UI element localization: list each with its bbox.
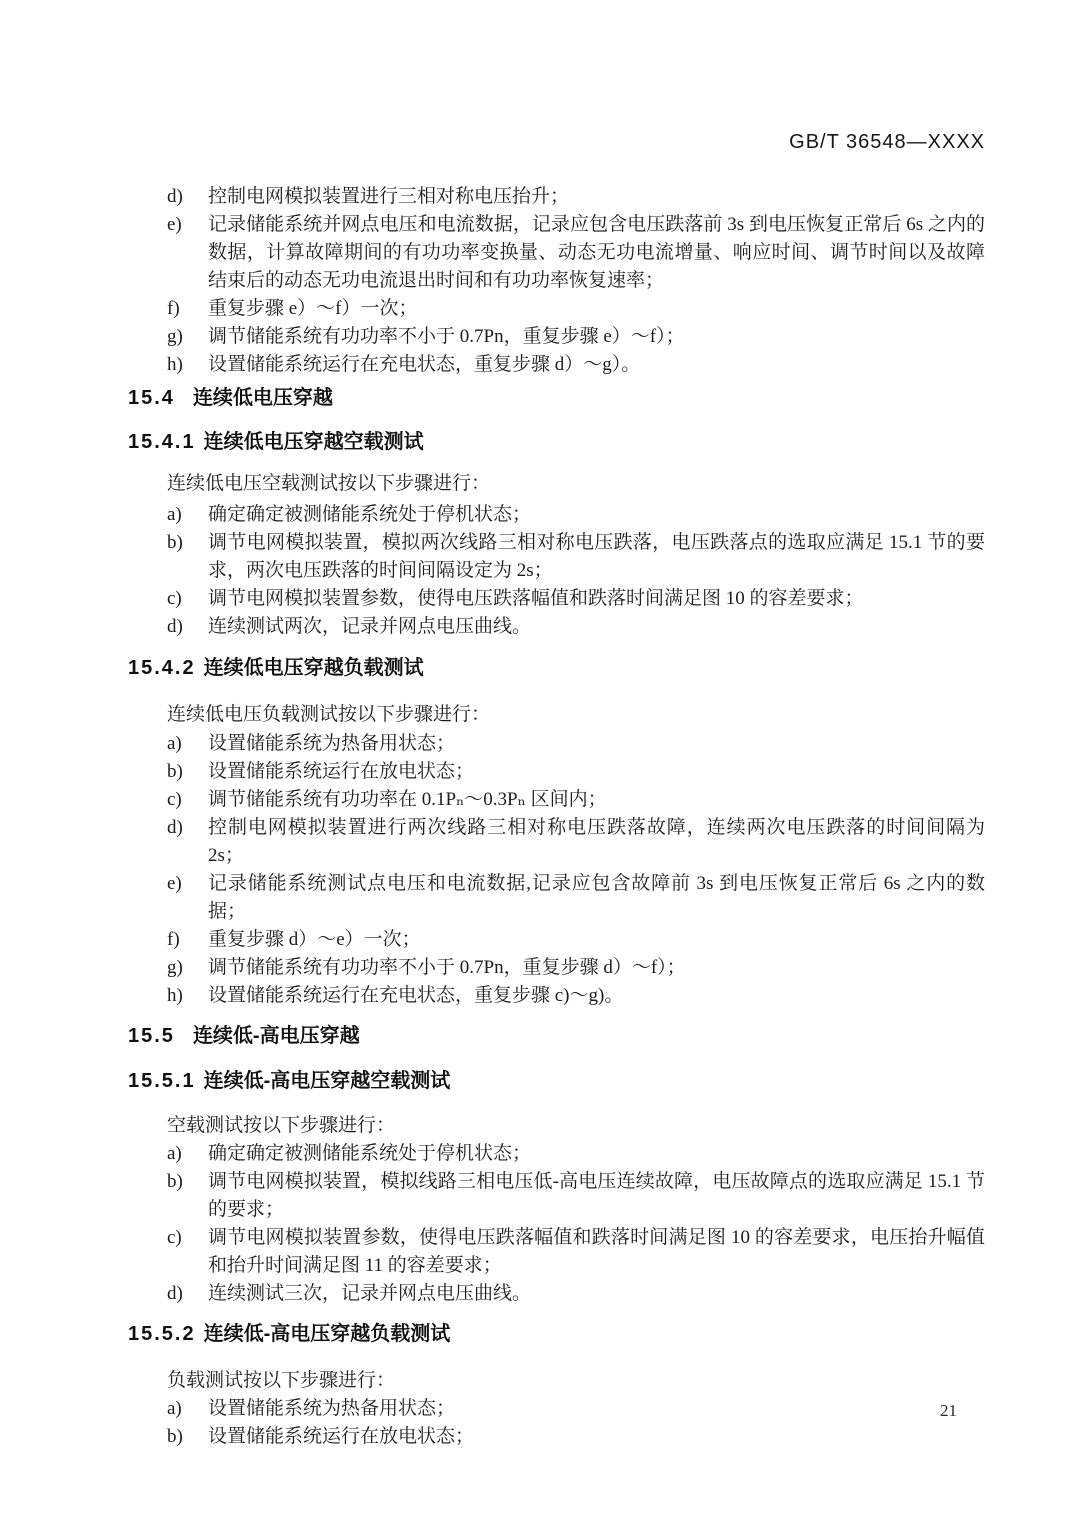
section-number: 15.5.1 (128, 1070, 196, 1092)
list-item: e) 记录储能系统测试点电压和电流数据,记录应包含故障前 3s 到电压恢复正常后… (128, 870, 985, 926)
list-item-label: g) (167, 954, 183, 982)
document-page: GB/T 36548—XXXX d) 控制电网模拟装置进行三相对称电压抬升； e… (0, 0, 1080, 1527)
list-item: c) 调节储能系统有功功率在 0.1Pₙ～0.3Pₙ 区间内； (128, 786, 985, 814)
list-item: g) 调节储能系统有功功率不小于 0.7Pn，重复步骤 d）～f）； (128, 954, 985, 982)
list-item: d) 连续测试三次，记录并网点电压曲线。 (128, 1280, 985, 1308)
list-item-text: 调节储能系统有功功率在 0.1Pₙ～0.3Pₙ 区间内； (208, 789, 607, 810)
list-item: a) 设置储能系统为热备用状态； (128, 730, 985, 758)
list-item: d) 控制电网模拟装置进行两次线路三相对称电压跌落故障，连续两次电压跌落的时间间… (128, 814, 985, 870)
list-item-text: 确定确定被测储能系统处于停机状态； (208, 1143, 531, 1164)
list-item-text: 记录储能系统测试点电压和电流数据,记录应包含故障前 3s 到电压恢复正常后 6s… (208, 873, 985, 922)
list-item: d) 连续测试两次，记录并网点电压曲线。 (128, 613, 985, 641)
list-item: a) 设置储能系统为热备用状态； (128, 1395, 985, 1423)
list-item: h) 设置储能系统运行在充电状态，重复步骤 d）～g）。 (128, 351, 985, 379)
section-intro: 连续低电压空载测试按以下步骤进行： (167, 470, 985, 498)
list-item-text: 记录储能系统并网点电压和电流数据，记录应包含电压跌落前 3s 到电压恢复正常后 … (208, 214, 985, 291)
section-heading-15-4: 15.4连续低电压穿越 (128, 386, 985, 410)
list-item: f) 重复步骤 e）～f）一次； (128, 295, 985, 323)
section-title: 连续低电压穿越负载测试 (204, 657, 424, 679)
list-item-label: f) (167, 295, 180, 323)
list-item-text: 设置储能系统运行在充电状态，重复步骤 d）～g）。 (208, 354, 640, 375)
list-item-label: b) (167, 1423, 183, 1451)
list-item-text: 连续测试三次，记录并网点电压曲线。 (208, 1283, 531, 1304)
list-item: b) 调节电网模拟装置，模拟两次线路三相对称电压跌落，电压跌落点的选取应满足 1… (128, 529, 985, 585)
list-item-text: 设置储能系统为热备用状态； (208, 733, 455, 754)
list-item: g) 调节储能系统有功功率不小于 0.7Pn，重复步骤 e）～f）； (128, 323, 985, 351)
section-number: 15.5.2 (128, 1323, 196, 1345)
list-item: d) 控制电网模拟装置进行三相对称电压抬升； (128, 183, 985, 211)
document-standard-number: GB/T 36548—XXXX (789, 131, 985, 154)
list-item: c) 调节电网模拟装置参数，使得电压跌落幅值和跌落时间满足图 10 的容差要求； (128, 585, 985, 613)
list-item-text: 设置储能系统运行在放电状态； (208, 761, 474, 782)
list-item-label: b) (167, 758, 183, 786)
list-item-label: a) (167, 501, 182, 529)
list-item-text: 设置储能系统运行在充电状态，重复步骤 c)～g)。 (208, 985, 623, 1006)
list-item: h) 设置储能系统运行在充电状态，重复步骤 c)～g)。 (128, 982, 985, 1010)
list-item-label: e) (167, 211, 182, 239)
list-item-text: 调节电网模拟装置参数，使得电压跌落幅值和跌落时间满足图 10 的容差要求； (208, 588, 864, 609)
section-number: 15.4 (128, 387, 175, 409)
section-number: 15.4.1 (128, 431, 196, 453)
section-title: 连续低电压穿越 (193, 387, 333, 409)
list-item-text: 确定确定被测储能系统处于停机状态； (208, 504, 531, 525)
list-item-text: 连续测试两次，记录并网点电压曲线。 (208, 616, 531, 637)
list-item-text: 重复步骤 d）～e）一次； (208, 929, 421, 950)
section-heading-15-4-1: 15.4.1连续低电压穿越空载测试 (128, 430, 985, 454)
step-list-15-4-2: a) 设置储能系统为热备用状态； b) 设置储能系统运行在放电状态； c) 调节… (128, 730, 985, 1010)
list-item-label: f) (167, 926, 180, 954)
section-heading-15-5: 15.5连续低-高电压穿越 (128, 1024, 985, 1048)
section-title: 连续低-高电压穿越负载测试 (204, 1323, 451, 1345)
list-item-text: 调节电网模拟装置，模拟线路三相电压低-高电压连续故障，电压故障点的选取应满足 1… (208, 1171, 985, 1220)
list-item: b) 设置储能系统运行在放电状态； (128, 758, 985, 786)
section-intro: 空载测试按以下步骤进行： (167, 1112, 985, 1140)
list-item-label: b) (167, 529, 183, 557)
list-item: f) 重复步骤 d）～e）一次； (128, 926, 985, 954)
list-item-label: b) (167, 1168, 183, 1196)
section-title: 连续低-高电压穿越 (193, 1025, 360, 1047)
list-item: e) 记录储能系统并网点电压和电流数据，记录应包含电压跌落前 3s 到电压恢复正… (128, 211, 985, 295)
list-item-label: d) (167, 613, 183, 641)
list-item-text: 重复步骤 e）～f）一次； (208, 298, 418, 319)
list-item-label: d) (167, 1280, 183, 1308)
list-item-label: c) (167, 786, 182, 814)
list-item-label: a) (167, 1395, 182, 1423)
list-item-label: a) (167, 1140, 182, 1168)
section-number: 15.4.2 (128, 657, 196, 679)
section-intro: 连续低电压负载测试按以下步骤进行： (167, 701, 985, 729)
list-item-label: c) (167, 585, 182, 613)
page-number: 21 (940, 1401, 957, 1421)
list-item-text: 调节储能系统有功功率不小于 0.7Pn，重复步骤 d）～f）； (208, 957, 686, 978)
list-item: a) 确定确定被测储能系统处于停机状态； (128, 501, 985, 529)
section-heading-15-5-2: 15.5.2连续低-高电压穿越负载测试 (128, 1322, 985, 1346)
section-intro: 负载测试按以下步骤进行： (167, 1367, 985, 1395)
list-item: a) 确定确定被测储能系统处于停机状态； (128, 1140, 985, 1168)
list-item-text: 调节电网模拟装置，模拟两次线路三相对称电压跌落，电压跌落点的选取应满足 15.1… (208, 532, 985, 581)
step-list-continuation: d) 控制电网模拟装置进行三相对称电压抬升； e) 记录储能系统并网点电压和电流… (128, 183, 985, 379)
step-list-15-4-1: a) 确定确定被测储能系统处于停机状态； b) 调节电网模拟装置，模拟两次线路三… (128, 501, 985, 641)
list-item-text: 设置储能系统为热备用状态； (208, 1398, 455, 1419)
list-item: b) 调节电网模拟装置，模拟线路三相电压低-高电压连续故障，电压故障点的选取应满… (128, 1168, 985, 1224)
section-heading-15-5-1: 15.5.1连续低-高电压穿越空载测试 (128, 1069, 985, 1093)
section-number: 15.5 (128, 1025, 175, 1047)
step-list-15-5-1: a) 确定确定被测储能系统处于停机状态； b) 调节电网模拟装置，模拟线路三相电… (128, 1140, 985, 1308)
list-item-label: c) (167, 1224, 182, 1252)
section-title: 连续低电压穿越空载测试 (204, 431, 424, 453)
step-list-15-5-2: a) 设置储能系统为热备用状态； b) 设置储能系统运行在放电状态； (128, 1395, 985, 1451)
list-item-label: d) (167, 183, 183, 211)
list-item-text: 调节电网模拟装置参数，使得电压跌落幅值和跌落时间满足图 10 的容差要求，电压抬… (208, 1227, 985, 1276)
list-item-label: g) (167, 323, 183, 351)
list-item-text: 调节储能系统有功功率不小于 0.7Pn，重复步骤 e）～f）； (208, 326, 685, 347)
list-item: b) 设置储能系统运行在放电状态； (128, 1423, 985, 1451)
section-heading-15-4-2: 15.4.2连续低电压穿越负载测试 (128, 656, 985, 680)
list-item: c) 调节电网模拟装置参数，使得电压跌落幅值和跌落时间满足图 10 的容差要求，… (128, 1224, 985, 1280)
list-item-label: a) (167, 730, 182, 758)
list-item-label: e) (167, 870, 182, 898)
list-item-text: 设置储能系统运行在放电状态； (208, 1426, 474, 1447)
list-item-label: d) (167, 814, 183, 842)
list-item-label: h) (167, 982, 183, 1010)
list-item-text: 控制电网模拟装置进行两次线路三相对称电压跌落故障，连续两次电压跌落的时间间隔为 … (208, 817, 985, 866)
list-item-label: h) (167, 351, 183, 379)
list-item-text: 控制电网模拟装置进行三相对称电压抬升； (208, 186, 569, 207)
section-title: 连续低-高电压穿越空载测试 (204, 1070, 451, 1092)
